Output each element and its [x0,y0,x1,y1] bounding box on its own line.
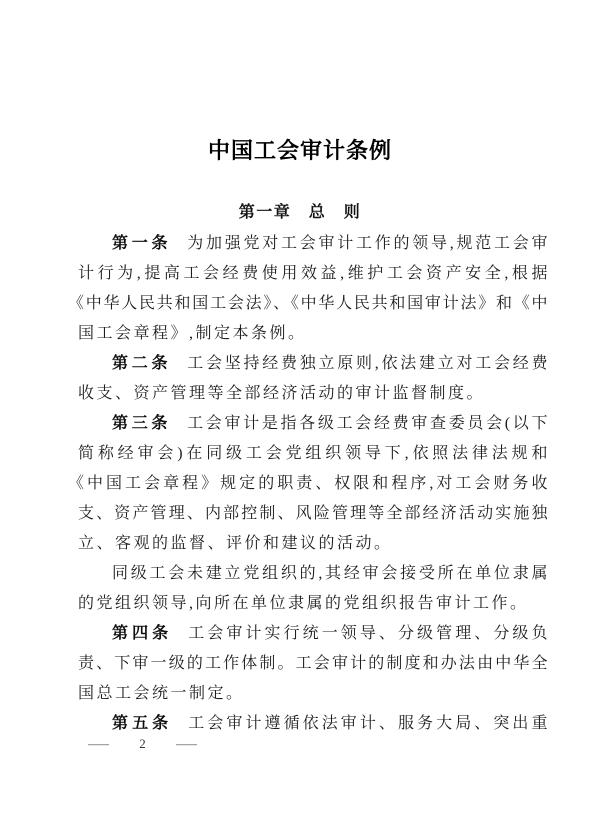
body-line: 《中国工会章程》规定的职责、权限和程序,对工会财务收 [78,469,548,499]
document-page: 中国工会审计条例 第一章 总 则 第一条为加强党对工会审计工作的领导,规范工会审… [0,0,600,819]
line-text: 工会审计实行统一领导、分级管理、分级负 [188,625,548,642]
body-line: 第一条为加强党对工会审计工作的领导,规范工会审 [78,229,548,259]
body-line: 国总工会统一制定。 [78,679,548,709]
body-line: 的党组织领导,向所在单位隶属的党组织报告审计工作。 [78,589,548,619]
line-text: 立、客观的监督、评价和建议的活动。 [78,535,393,552]
body-line: 第三条工会审计是指各级工会经费审查委员会(以下 [78,409,548,439]
article-number: 第三条 [112,415,171,432]
body-line: 国工会章程》,制定本条例。 [78,319,548,349]
line-text: 为加强党对工会审计工作的领导,规范工会审 [187,235,548,252]
document-body: 第一条为加强党对工会审计工作的领导,规范工会审 计行为,提高工会经费使用效益,维… [78,229,548,739]
line-text: 工会坚持经费独立原则,依法建立对工会经费 [187,355,548,372]
line-text: 《中国工会章程》规定的职责、权限和程序,对工会财务收 [68,475,548,492]
body-line: 计行为,提高工会经费使用效益,维护工会资产安全,根据 [78,259,548,289]
body-line: 责、下审一级的工作体制。工会审计的制度和办法由中华全 [78,649,548,679]
page-number: 2 [139,735,146,753]
line-text: 国总工会统一制定。 [78,685,245,702]
line-text: 收支、资产管理等全部经济活动的审计监督制度。 [78,385,485,402]
body-line: 第二条工会坚持经费独立原则,依法建立对工会经费 [78,349,548,379]
line-text: 计行为,提高工会经费使用效益,维护工会资产安全,根据 [78,265,548,282]
line-text: 的党组织领导,向所在单位隶属的党组织报告审计工作。 [78,595,529,612]
line-text: 《中华人民共和国工会法》、《中华人民共和国审计法》和《中 [68,295,548,312]
line-text: 责、下审一级的工作体制。工会审计的制度和办法由中华全 [78,655,548,672]
body-line: 立、客观的监督、评价和建议的活动。 [78,529,548,559]
body-line: 收支、资产管理等全部经济活动的审计监督制度。 [78,379,548,409]
line-text: 支、资产管理、内部控制、风险管理等全部经济活动实施独 [78,505,548,522]
chapter-heading: 第一章 总 则 [0,202,600,224]
line-text: 国工会章程》,制定本条例。 [78,325,307,342]
line-text: 同级工会未建立党组织的,其经审会接受所在单位隶属 [112,565,548,582]
body-line: 同级工会未建立党组织的,其经审会接受所在单位隶属 [78,559,548,589]
line-text: 简称经审会)在同级工会党组织领导下,依照法律法规和 [78,445,548,462]
page-number-footer: — 2 — [92,735,193,753]
body-line: 第四条工会审计实行统一领导、分级管理、分级负 [78,619,548,649]
body-line: 支、资产管理、内部控制、风险管理等全部经济活动实施独 [78,499,548,529]
body-line: 简称经审会)在同级工会党组织领导下,依照法律法规和 [78,439,548,469]
body-line: 《中华人民共和国工会法》、《中华人民共和国审计法》和《中 [78,289,548,319]
line-text: 工会审计是指各级工会经费审查委员会(以下 [187,415,548,432]
footer-dash-left: — [88,735,109,753]
article-number: 第五条 [112,715,172,732]
document-title: 中国工会审计条例 [0,136,600,166]
article-number: 第四条 [112,625,172,642]
line-text: 工会审计遵循依法审计、服务大局、突出重 [188,715,548,732]
footer-dash-right: — [176,735,197,753]
article-number: 第一条 [112,235,171,252]
article-number: 第二条 [112,355,171,372]
